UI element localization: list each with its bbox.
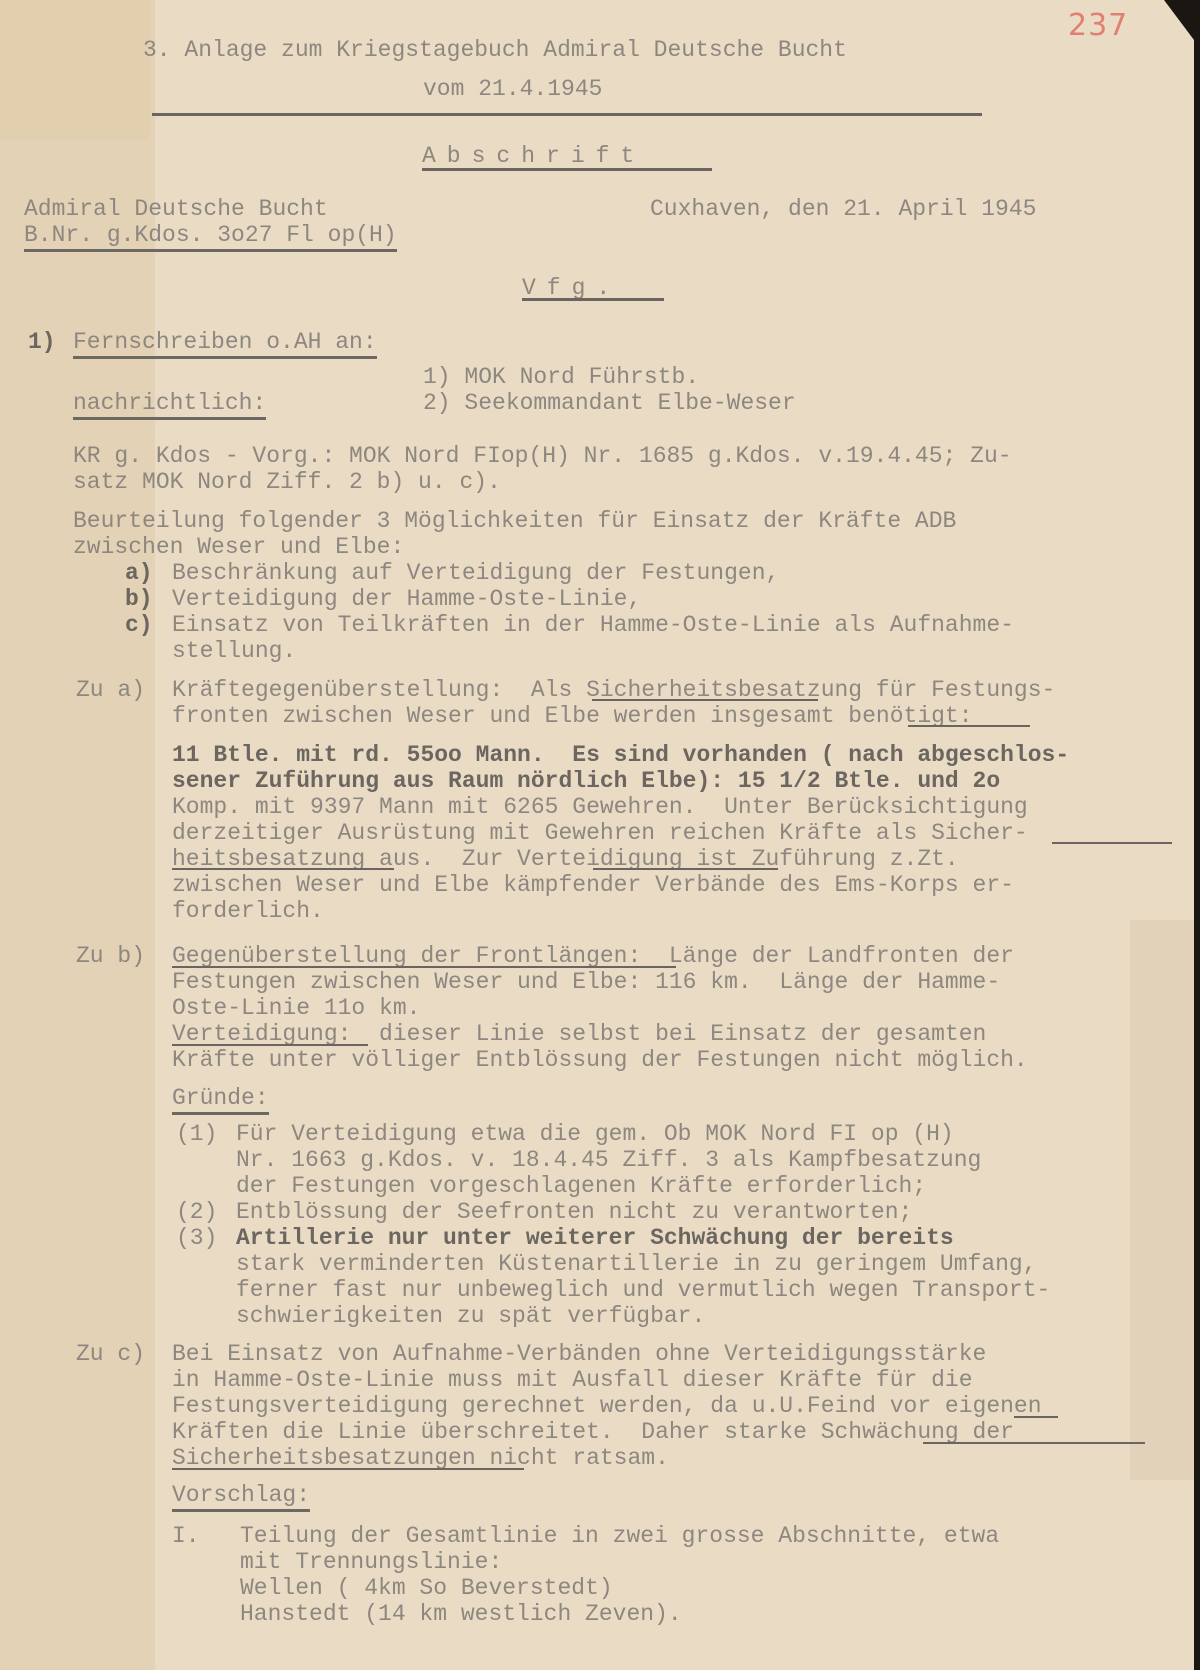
zu-a-body-line: Komp. mit 9397 Mann mit 6265 Gewehren. U… [172, 794, 1028, 820]
torn-corner [1164, 0, 1194, 40]
sender-reference: B.Nr. g.Kdos. 3o27 Fl op(H) [24, 222, 397, 252]
reason-line: schwierigkeiten zu spät verfügbar. [236, 1303, 705, 1329]
zu-c-line: Kräften die Linie überschreitet. Daher s… [172, 1419, 1014, 1445]
option-label: c) [125, 612, 153, 638]
zu-a-body-line: forderlich. [172, 898, 324, 924]
zu-b-line: Festungen zwischen Weser und Elbe: 116 k… [172, 969, 1000, 995]
zu-a-body-line: zwischen Weser und Elbe kämpfender Verbä… [172, 872, 1014, 898]
reason-label: (1) [176, 1121, 217, 1147]
underline-mark [592, 699, 818, 701]
zu-b-label: Zu b) [76, 943, 145, 969]
reason-label: (2) [176, 1199, 217, 1225]
assessment-intro: Beurteilung folgender 3 Möglichkeiten fü… [73, 508, 956, 534]
option-text: Einsatz von Teilkräften in der Hamme-Ost… [172, 612, 1014, 638]
proposal-line: Teilung der Gesamtlinie in zwei grosse A… [240, 1523, 999, 1549]
underline-mark [172, 868, 394, 870]
zu-a-line: fronten zwischen Weser und Elbe werden i… [172, 703, 973, 729]
zu-a-body-line: 11 Btle. mit rd. 55oo Mann. Es sind vorh… [172, 742, 1069, 768]
vfg-underline [522, 298, 664, 301]
assessment-intro: zwischen Weser und Elbe: [73, 534, 404, 560]
option-text-cont: stellung. [172, 638, 296, 664]
proposal-item-label: I. [172, 1523, 200, 1549]
section-heading: Fernschreiben o.AH an: [73, 329, 377, 359]
reasons-label: Gründe: [172, 1085, 269, 1115]
place-date: Cuxhaven, den 21. April 1945 [650, 196, 1036, 222]
header-line-1: 3. Anlage zum Kriegstagebuch Admiral Deu… [143, 37, 847, 63]
header-line-2: vom 21.4.1945 [423, 76, 602, 102]
zu-a-label: Zu a) [76, 677, 145, 703]
recipient-1: 1) MOK Nord Führstb. [423, 364, 699, 390]
recipient-2: 2) Seekommandant Elbe-Weser [423, 390, 796, 416]
proposal-label: Vorschlag: [172, 1482, 310, 1512]
underline-mark [172, 1468, 524, 1470]
option-label: a) [125, 560, 153, 586]
reason-line: Nr. 1663 g.Kdos. v. 18.4.45 Ziff. 3 als … [236, 1147, 981, 1173]
zu-b-line: Oste-Linie 11o km. [172, 995, 420, 1021]
zu-b-line: Kräfte unter völliger Entblössung der Fe… [172, 1047, 1028, 1073]
option-label: b) [125, 586, 153, 612]
underline-mark [172, 1044, 368, 1046]
underline-mark [1014, 1416, 1058, 1418]
proposal-line: Hanstedt (14 km westlich Zeven). [240, 1601, 682, 1627]
reference-line: satz MOK Nord Ziff. 2 b) u. c). [73, 469, 501, 495]
underline-mark [172, 966, 676, 968]
section-number: 1) [28, 329, 56, 355]
proposal-line: mit Trennungslinie: [240, 1549, 502, 1575]
zu-c-line: Bei Einsatz von Aufnahme-Verbänden ohne … [172, 1341, 986, 1367]
zu-c-line: Festungsverteidigung gerechnet werden, d… [172, 1393, 1042, 1419]
reason-line: Artillerie nur unter weiterer Schwächung… [236, 1225, 954, 1251]
zu-c-label: Zu c) [76, 1341, 145, 1367]
underline-mark [1052, 842, 1172, 844]
sender-office: Admiral Deutsche Bucht [24, 196, 328, 222]
reason-label: (3) [176, 1225, 217, 1251]
underline-mark [593, 868, 778, 870]
reason-line: der Festungen vorgeschlagenen Kräfte erf… [236, 1173, 926, 1199]
reference-line: KR g. Kdos - Vorg.: MOK Nord FIop(H) Nr.… [73, 443, 1012, 469]
zu-c-line: in Hamme-Oste-Linie muss mit Ausfall die… [172, 1367, 973, 1393]
cc-label: nachrichtlich: [73, 390, 266, 420]
title-underline [422, 168, 712, 171]
underline-mark [908, 725, 1030, 727]
document-page: 237 3. Anlage zum Kriegstagebuch Admiral… [0, 0, 1194, 1670]
option-text: Beschränkung auf Verteidigung der Festun… [172, 560, 779, 586]
reason-line: Für Verteidigung etwa die gem. Ob MOK No… [236, 1121, 954, 1147]
document-title: Abschrift [422, 143, 645, 169]
zu-a-body-line: derzeitiger Ausrüstung mit Gewehren reic… [172, 820, 1028, 846]
reason-line: stark verminderten Küstenartillerie in z… [236, 1251, 1037, 1277]
header-rule [152, 113, 982, 116]
underline-mark [923, 1442, 1145, 1444]
paper-overlay-tab [0, 0, 150, 140]
reason-line: ferner fast nur unbeweglich und vermutli… [236, 1277, 1050, 1303]
page-number: 237 [1068, 8, 1128, 43]
reason-line: Entblössung der Seefronten nicht zu vera… [236, 1199, 912, 1225]
option-text: Verteidigung der Hamme-Oste-Linie, [172, 586, 641, 612]
paper-shadow [1130, 920, 1194, 1480]
proposal-line: Wellen ( 4km So Beverstedt) [240, 1575, 613, 1601]
zu-a-body-line: sener Zuführung aus Raum nördlich Elbe):… [172, 768, 1000, 794]
